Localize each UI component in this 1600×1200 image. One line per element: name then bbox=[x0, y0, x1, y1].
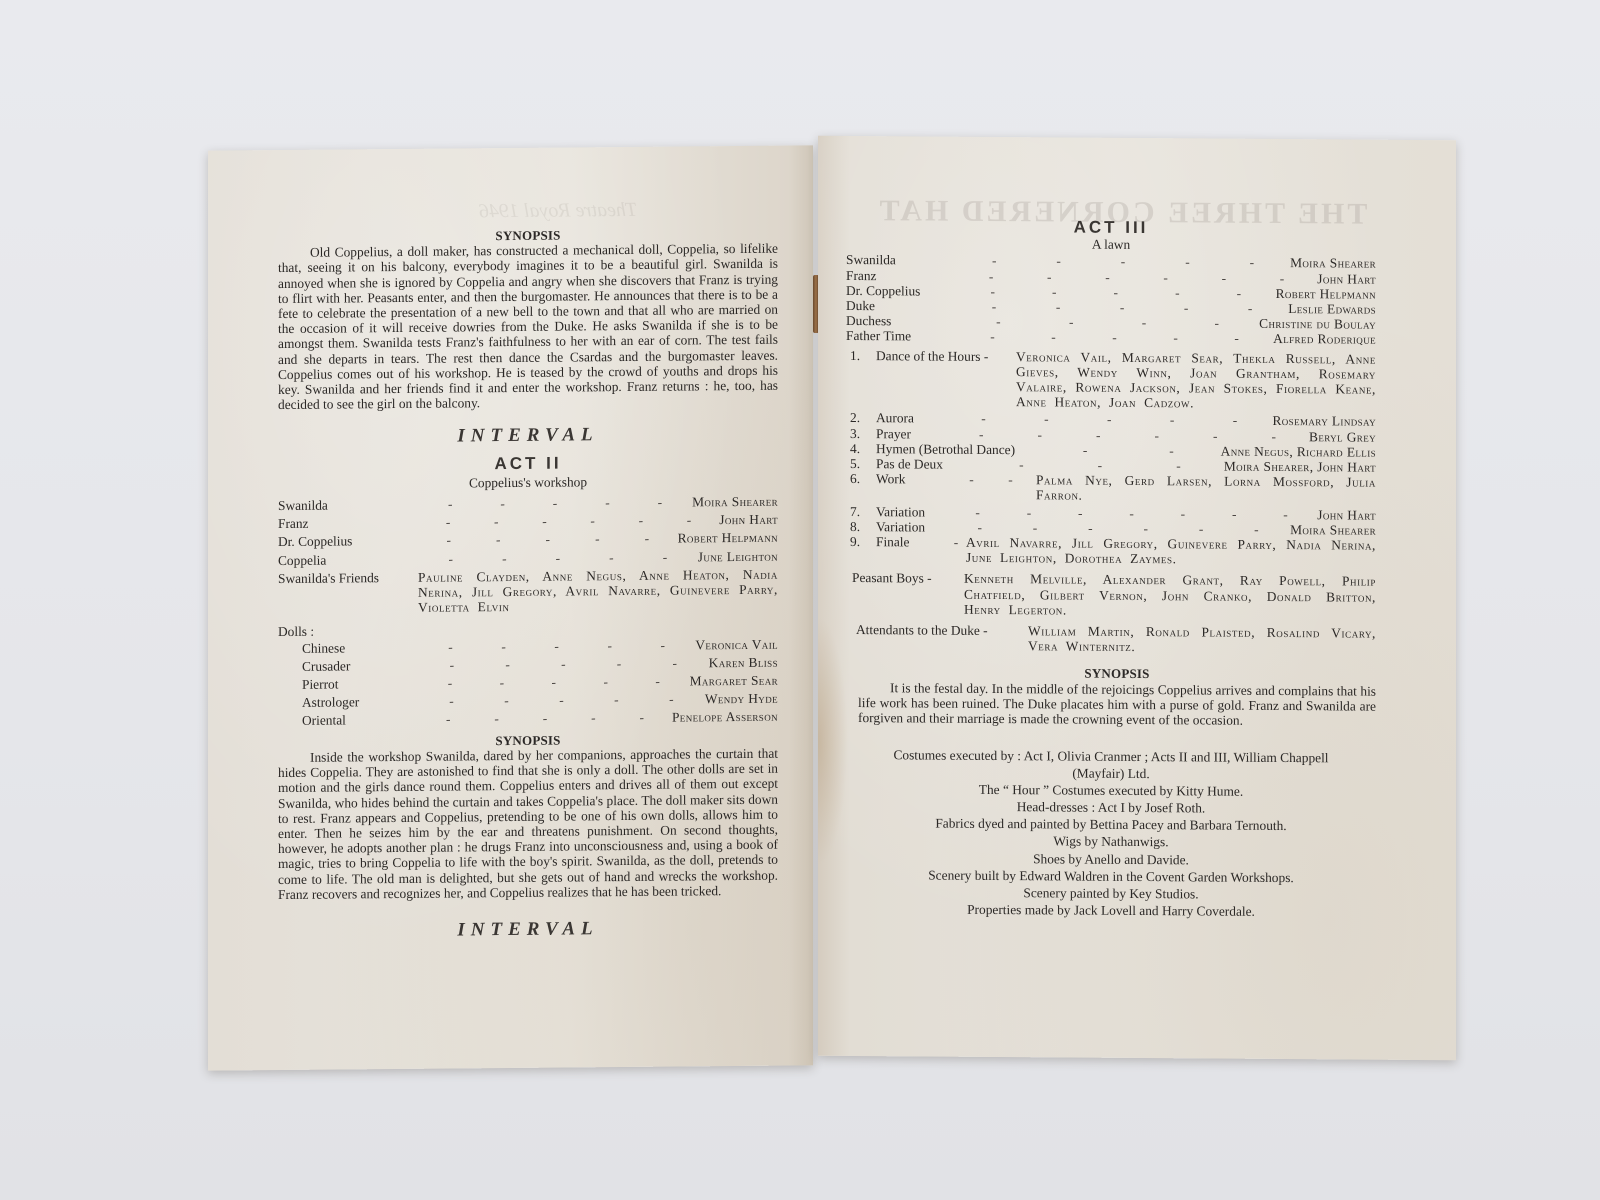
leader-dashes: --- bbox=[976, 457, 1224, 474]
act2-synopsis-text: Inside the workshop Swanilda, dared by h… bbox=[278, 746, 778, 902]
role-name: Attendants to the Duke - bbox=[856, 622, 1028, 638]
dance-row: 9.Finale - Avril Navarre, Jill Gregory, … bbox=[846, 534, 1376, 568]
role-name: Chinese bbox=[278, 639, 418, 655]
dance-row: 1.Dance of the Hours - Veronica Vail, Ma… bbox=[846, 348, 1376, 413]
performer-name: Wendy Hyde bbox=[705, 691, 778, 707]
performer-list: Palma Nye, Gerd Larsen, Lorna Mossford, … bbox=[1036, 473, 1376, 506]
cast-row: Franz ------ John Hart bbox=[278, 512, 778, 532]
right-page-content: ACT III A lawn Swanilda ----- Moira Shea… bbox=[846, 218, 1376, 922]
performer-name: Moira Shearer, John Hart bbox=[1224, 459, 1376, 475]
leader-dashes: ----- bbox=[418, 655, 709, 673]
credit-line: Properties made by Jack Lovell and Harry… bbox=[846, 901, 1376, 921]
left-page: Theatre Royal 1946 SYNOPSIS Old Coppeliu… bbox=[208, 145, 813, 1070]
performer-name: Beryl Grey bbox=[1309, 429, 1376, 445]
cast-row: Coppelia ----- June Leighton bbox=[278, 548, 778, 568]
performer-name: Christine du Boulay bbox=[1259, 316, 1376, 332]
cast-row: Chinese ----- Veronica Vail bbox=[278, 636, 778, 656]
scene-name: A lawn bbox=[846, 235, 1376, 254]
role-name: Swanilda's Friends bbox=[278, 570, 418, 586]
leader-dashes: -- bbox=[1036, 442, 1221, 458]
leader-dashes: ----- bbox=[418, 692, 705, 710]
dance-name: 1.Dance of the Hours - bbox=[846, 348, 1016, 364]
dance-name: 7.Variation bbox=[846, 504, 946, 520]
dance-name: 8.Variation bbox=[846, 519, 946, 535]
performer-list: Avril Navarre, Jill Gregory, Guinevere P… bbox=[966, 535, 1376, 568]
leader-dashes: ----- bbox=[418, 494, 692, 512]
cast-row: Crusader ----- Karen Bliss bbox=[278, 655, 778, 675]
role-name: Swanilda bbox=[846, 252, 956, 268]
performer-name: Anne Negus, Richard Ellis bbox=[1221, 443, 1376, 459]
performer-name: June Leighton bbox=[698, 548, 778, 564]
cast-row: Pierrot ----- Margaret Sear bbox=[278, 673, 778, 693]
cast-row: Father Time ----- Alfred Roderique bbox=[846, 328, 1376, 347]
left-page-content: SYNOPSIS Old Coppelius, a doll maker, ha… bbox=[278, 226, 778, 951]
act1-synopsis-text: Old Coppelius, a doll maker, has constru… bbox=[278, 241, 778, 413]
performer-name: Alfred Roderique bbox=[1273, 331, 1376, 347]
performer-name: John Hart bbox=[1317, 271, 1376, 287]
cast-row: Swanilda ----- Moira Shearer bbox=[278, 494, 778, 514]
role-name: Dr. Coppelius bbox=[278, 533, 418, 549]
dance-name: 9.Finale bbox=[846, 534, 946, 550]
role-name: Duke bbox=[846, 298, 956, 314]
role-name: Peasant Boys - bbox=[852, 570, 964, 586]
interval-heading: INTERVAL bbox=[278, 920, 778, 940]
act-title: ACT II bbox=[278, 453, 778, 473]
performer-name: Veronica Vail bbox=[695, 636, 778, 652]
scene-name: Coppelius's workshop bbox=[278, 473, 778, 493]
role-name: Swanilda bbox=[278, 497, 418, 513]
leader-dashes: ----- bbox=[956, 329, 1273, 346]
performer-list: Kenneth Melville, Alexander Grant, Ray P… bbox=[964, 571, 1376, 619]
right-page: THE THREE CORNERED HAT ACT III A lawn Sw… bbox=[818, 136, 1456, 1060]
leader-dashes: ----- bbox=[418, 637, 695, 655]
act3-cast-list: Swanilda ----- Moira Shearer Franz -----… bbox=[846, 252, 1376, 347]
performer-list: Veronica Vail, Margaret Sear, Thekla Rus… bbox=[1016, 349, 1376, 412]
leader-dashes: - bbox=[946, 535, 966, 550]
dolls-cast-list: Chinese ----- Veronica Vail Crusader ---… bbox=[278, 636, 778, 728]
role-name: Duchess bbox=[846, 313, 956, 329]
role-name: Astrologer bbox=[278, 694, 418, 710]
performer-name: Leslie Edwards bbox=[1288, 301, 1376, 317]
credit-line: Costumes executed by : Act I, Olivia Cra… bbox=[846, 747, 1376, 783]
performer-name: John Hart bbox=[1317, 507, 1376, 523]
role-name: Oriental bbox=[278, 712, 418, 728]
performer-name: Moira Shearer bbox=[1290, 255, 1376, 271]
cast-row: Dr. Coppelius ----- Robert Helpmann bbox=[278, 530, 778, 550]
cast-row: Astrologer ----- Wendy Hyde bbox=[278, 691, 778, 711]
cast-row: Oriental ----- Penelope Asserson bbox=[278, 709, 778, 729]
performer-name: Moira Shearer bbox=[1290, 522, 1376, 538]
role-name: Franz bbox=[846, 268, 956, 284]
act3-synopsis-text: It is the festal day. In the middle of t… bbox=[858, 680, 1376, 729]
performer-name: Margaret Sear bbox=[690, 673, 778, 689]
cast-row-attendants: Attendants to the Duke - William Martin,… bbox=[846, 622, 1376, 656]
leader-dashes: ----- bbox=[418, 710, 672, 727]
performer-name: Rosemary Lindsay bbox=[1272, 413, 1376, 429]
role-name: Crusader bbox=[278, 658, 418, 674]
act-title: ACT III bbox=[846, 218, 1376, 237]
leader-dashes: ----- bbox=[418, 674, 690, 692]
dance-row: 6.Work -- Palma Nye, Gerd Larsen, Lorna … bbox=[846, 471, 1376, 505]
showthrough-text: Theatre Royal 1946 bbox=[358, 198, 758, 224]
role-name: Pierrot bbox=[278, 676, 418, 692]
leader-dashes: ------ bbox=[418, 512, 719, 530]
performer-name: Penelope Asserson bbox=[672, 709, 778, 725]
performer-name: Moira Shearer bbox=[692, 494, 778, 510]
dance-name: 2.Aurora bbox=[846, 410, 946, 426]
dance-name: 4.Hymen (Betrothal Dance) bbox=[846, 441, 1036, 458]
programme-booklet: Theatre Royal 1946 SYNOPSIS Old Coppeliu… bbox=[0, 0, 1600, 1200]
production-credits: Costumes executed by : Act I, Olivia Cra… bbox=[846, 747, 1376, 921]
performer-name: John Hart bbox=[719, 512, 778, 528]
performer-list: Pauline Clayden, Anne Negus, Anne Heaton… bbox=[418, 567, 778, 616]
dance-name: 5.Pas de Deux bbox=[846, 456, 976, 472]
interval-heading: INTERVAL bbox=[278, 426, 778, 446]
role-name: Coppelia bbox=[278, 551, 418, 567]
performer-name: Karen Bliss bbox=[709, 655, 778, 671]
role-name: Father Time bbox=[846, 328, 956, 344]
dances-list: 1.Dance of the Hours - Veronica Vail, Ma… bbox=[846, 348, 1376, 569]
cast-row-friends: Swanilda's Friends Pauline Clayden, Anne… bbox=[278, 567, 778, 617]
act2-cast-list: Swanilda ----- Moira Shearer Franz -----… bbox=[278, 494, 778, 617]
performer-list: William Martin, Ronald Plaisted, Rosalin… bbox=[1028, 623, 1376, 656]
role-name: Dr. Coppelius bbox=[846, 283, 956, 299]
leader-dashes: -- bbox=[946, 472, 1036, 488]
role-name: Franz bbox=[278, 515, 418, 531]
dance-name: 6.Work bbox=[846, 471, 946, 487]
performer-name: Robert Helpmann bbox=[1276, 286, 1376, 302]
leader-dashes: ----- bbox=[418, 531, 678, 548]
leader-dashes: ----- bbox=[418, 549, 698, 567]
performer-name: Robert Helpmann bbox=[678, 530, 778, 546]
cast-row-peasant-boys: Peasant Boys - Kenneth Melville, Alexand… bbox=[846, 570, 1376, 619]
dance-name: 3.Prayer bbox=[846, 426, 946, 442]
paper-stain bbox=[818, 616, 848, 866]
